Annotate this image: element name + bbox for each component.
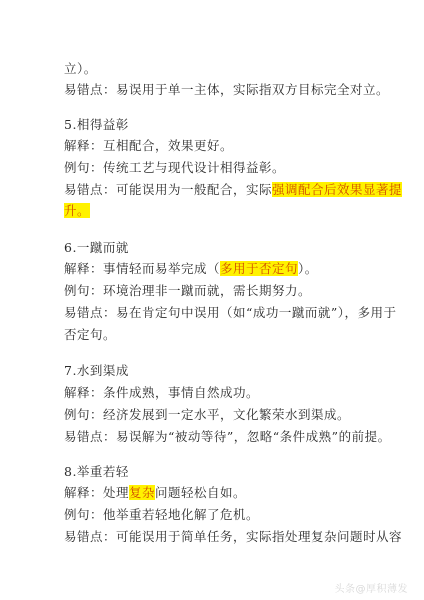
explain-text: 互相配合，效果更好。 xyxy=(103,138,233,153)
continuation-line: 立）。 xyxy=(64,61,97,77)
explain-text: 条件成熟，事情自然成功。 xyxy=(103,385,259,400)
entry-error: 易错点：可能误用于简单任务，实际指处理复杂问题时从容 xyxy=(64,529,402,545)
continuation-text: 立）。 xyxy=(64,61,97,76)
example-label: 例句： xyxy=(64,407,103,422)
entry-example: 例句：经济发展到一定水平，文化繁荣水到渠成。 xyxy=(64,407,350,423)
entry-title: 7.水到渠成 xyxy=(64,363,129,379)
error-label: 易错点： xyxy=(64,305,116,320)
highlighted-text: 复杂 xyxy=(129,485,155,500)
error-text: 可能误用为一般配合，实际 xyxy=(116,182,272,197)
explain-text-end: 问题轻松自如。 xyxy=(155,485,246,500)
error-label: 易错点： xyxy=(64,529,116,544)
explain-label: 解释： xyxy=(64,138,103,153)
error-label: 易错点： xyxy=(64,182,116,197)
example-label: 例句： xyxy=(64,507,103,522)
entry-title: 8.举重若轻 xyxy=(64,464,129,480)
example-label: 例句： xyxy=(64,283,103,298)
explain-label: 解释： xyxy=(64,385,103,400)
entry-example: 例句：环境治理非一蹴而就，需长期努力。 xyxy=(64,283,311,299)
highlighted-text: 升。 xyxy=(64,203,90,218)
entry-example: 例句：他举重若轻地化解了危机。 xyxy=(64,507,259,523)
explain-text: 事情轻而易举完成（ xyxy=(103,261,220,276)
error-text: 易误解为“被动等待”，忽略“条件成熟”的前提。 xyxy=(116,429,391,444)
entry-error-cont: 否定句。 xyxy=(64,327,116,343)
entry-error-cont: 升。 xyxy=(64,203,90,219)
continuation-error-text: 易错点：易误用于单一主体，实际指双方目标完全对立。 xyxy=(64,82,389,97)
error-text: 易在肯定句中误用（如“成功一蹴而就”），多用于 xyxy=(116,305,397,320)
continuation-error-line: 易错点：易误用于单一主体，实际指双方目标完全对立。 xyxy=(64,82,389,98)
entry-explain: 解释：事情轻而易举完成（多用于否定句）。 xyxy=(64,261,318,277)
watermark: 头条@厚积薄发 xyxy=(335,580,409,595)
highlighted-text: 强调配合后效果显著提 xyxy=(272,182,402,197)
highlighted-text: 多用于否定句 xyxy=(220,261,298,276)
explain-text-end: ）。 xyxy=(298,261,318,276)
explain-label: 解释： xyxy=(64,261,103,276)
entry-example: 例句：传统工艺与现代设计相得益彰。 xyxy=(64,160,285,176)
entry-explain: 解释：处理复杂问题轻松自如。 xyxy=(64,485,246,501)
example-text: 他举重若轻地化解了危机。 xyxy=(103,507,259,522)
example-text: 经济发展到一定水平，文化繁荣水到渠成。 xyxy=(103,407,350,422)
explain-label: 解释： xyxy=(64,485,103,500)
example-text: 传统工艺与现代设计相得益彰。 xyxy=(103,160,285,175)
entry-title: 6.一蹴而就 xyxy=(64,240,129,256)
example-text: 环境治理非一蹴而就，需长期努力。 xyxy=(103,283,311,298)
error-text: 可能误用于简单任务，实际指处理复杂问题时从容 xyxy=(116,529,402,544)
example-label: 例句： xyxy=(64,160,103,175)
entry-error: 易错点：可能误用为一般配合，实际强调配合后效果显著提 xyxy=(64,182,402,198)
entry-title: 5.相得益彰 xyxy=(64,117,129,133)
entry-explain: 解释：互相配合，效果更好。 xyxy=(64,138,233,154)
entry-explain: 解释：条件成熟，事情自然成功。 xyxy=(64,385,259,401)
entry-error: 易错点：易在肯定句中误用（如“成功一蹴而就”），多用于 xyxy=(64,305,397,321)
error-label: 易错点： xyxy=(64,429,116,444)
document-page: 立）。 易错点：易误用于单一主体，实际指双方目标完全对立。 5.相得益彰 解释：… xyxy=(0,0,424,600)
entry-error: 易错点：易误解为“被动等待”，忽略“条件成熟”的前提。 xyxy=(64,429,391,445)
explain-text: 处理 xyxy=(103,485,129,500)
